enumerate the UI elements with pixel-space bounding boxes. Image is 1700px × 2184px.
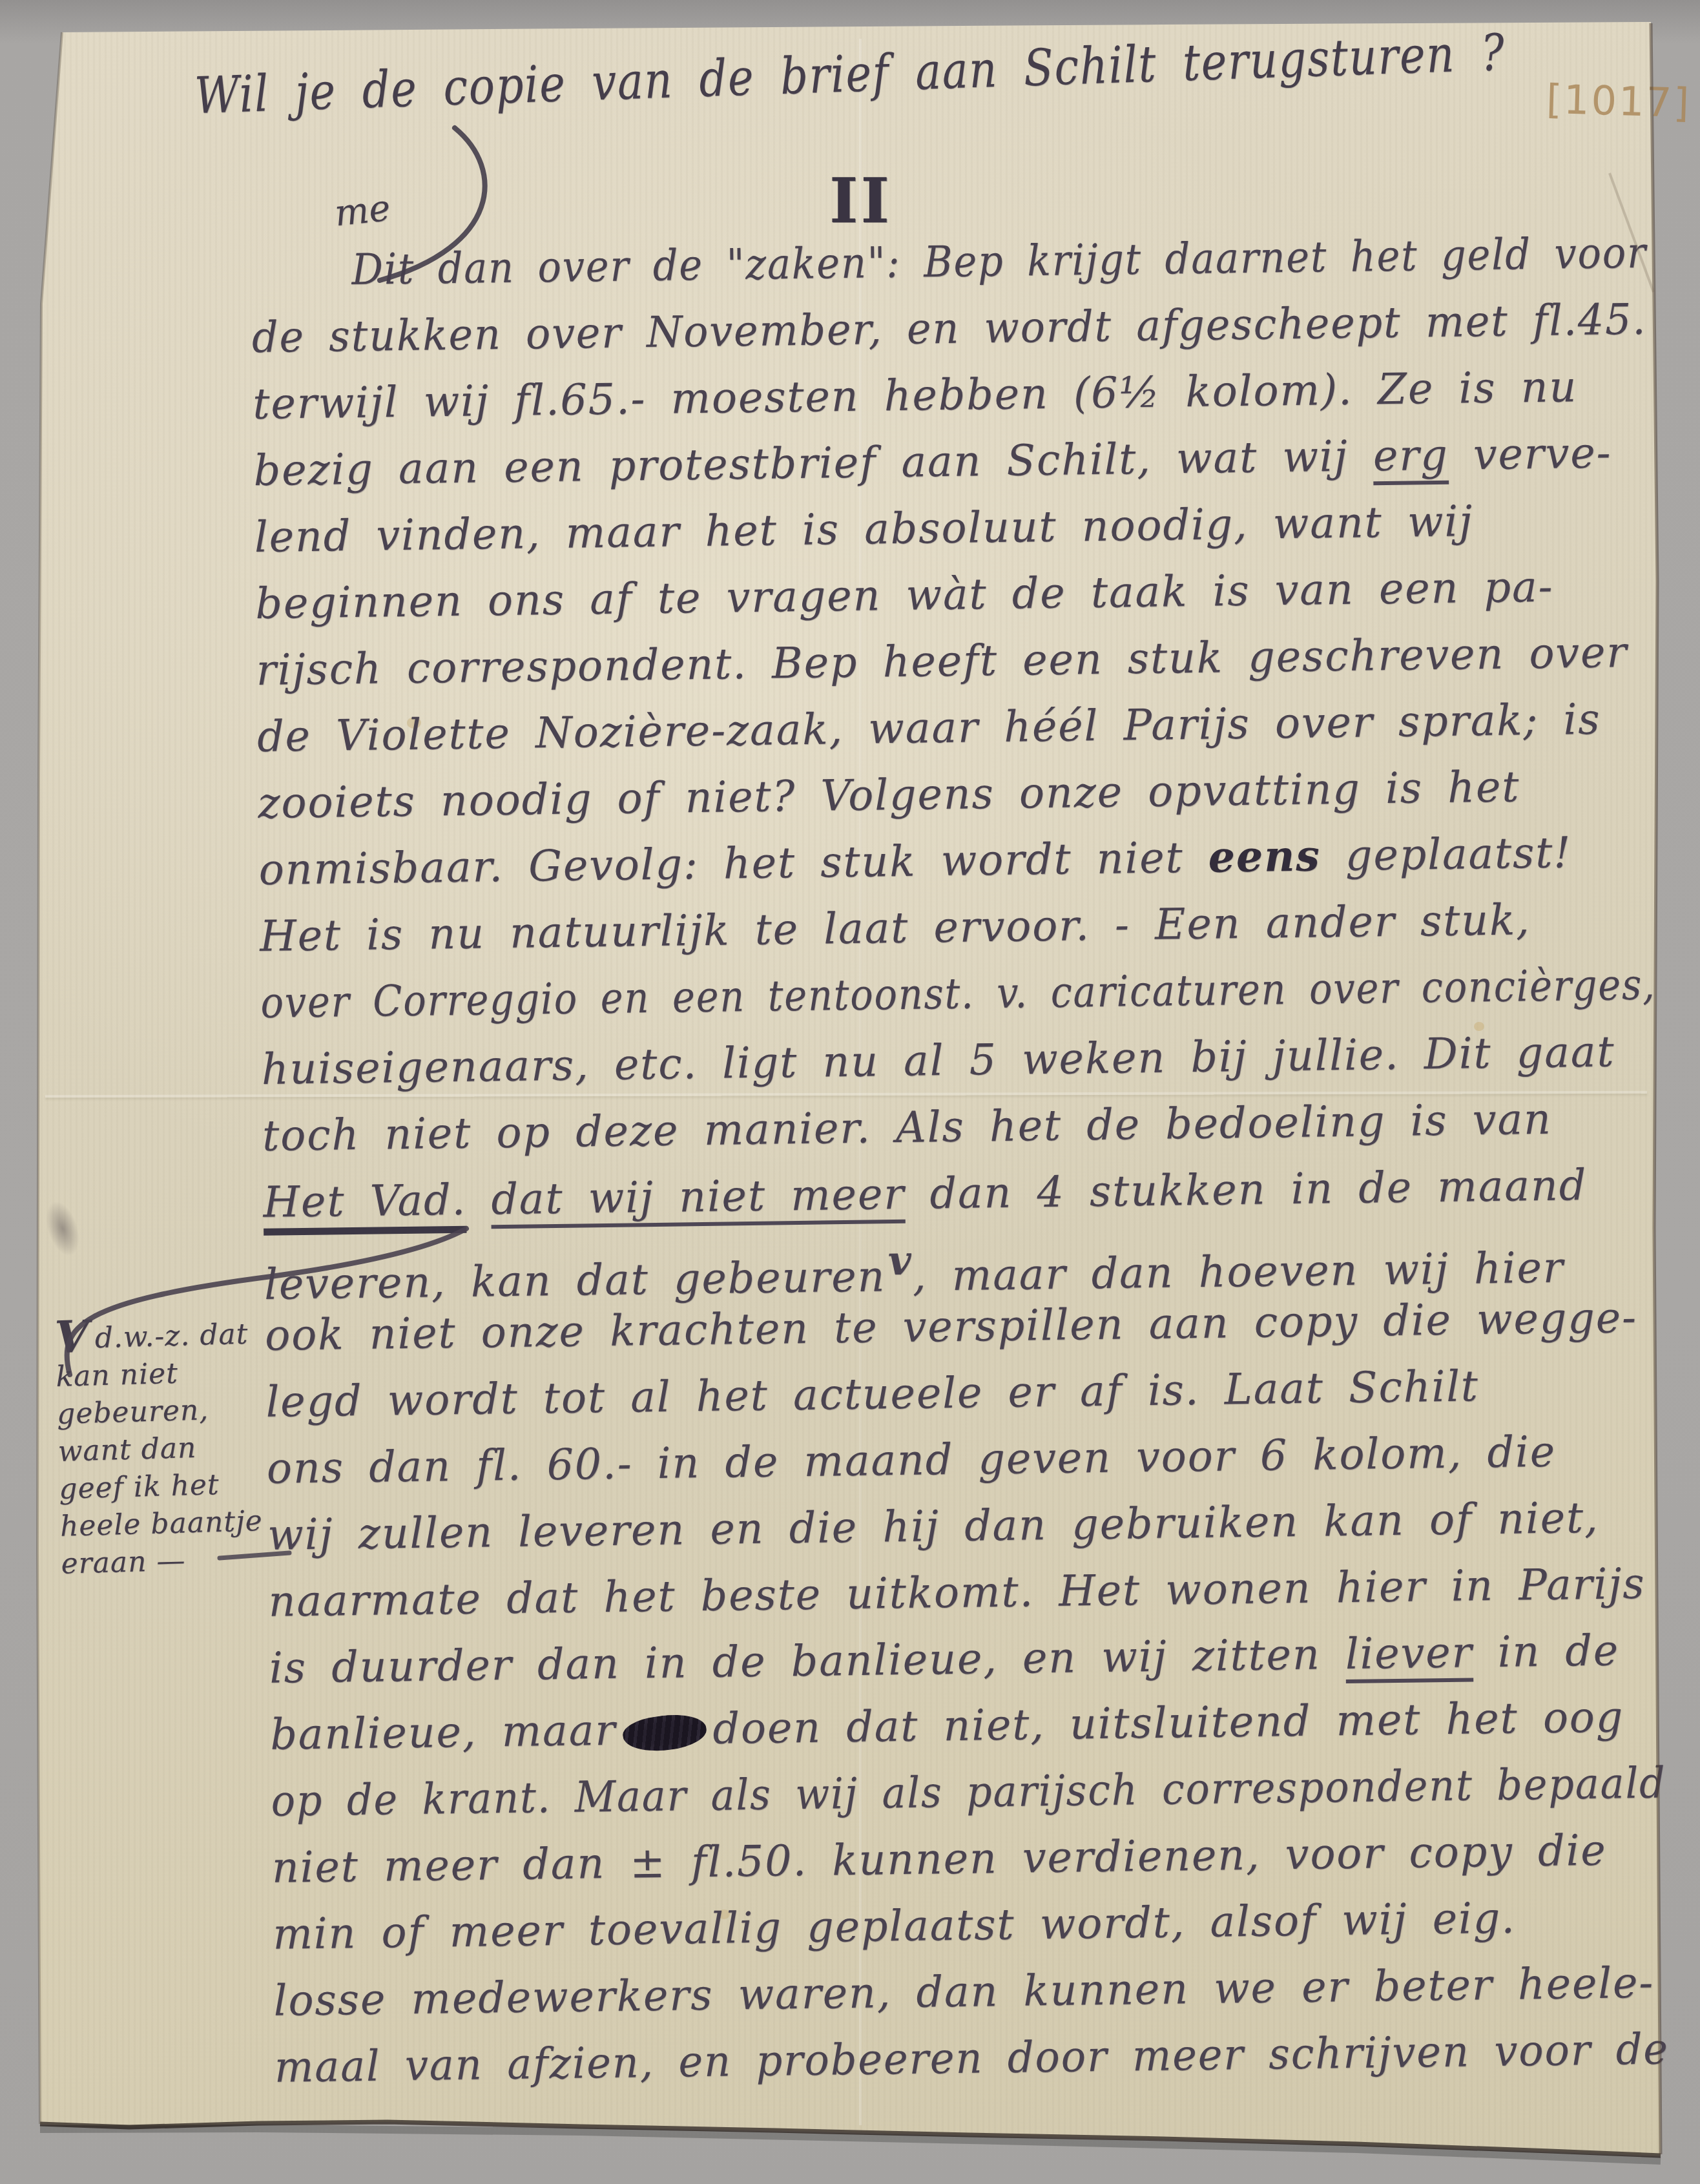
- underlined-word: liever: [1345, 1627, 1473, 1683]
- margin-note: Vd.w.-z. datkan nietgebeuren,want dangee…: [54, 1313, 275, 1583]
- emphasized-word: eens: [1208, 830, 1321, 882]
- text-segment: huiseigenaars, etc. ligt nu al 5 weken b…: [261, 1026, 1615, 1094]
- page-background: { "page": { "background_color": "#a9a7a5…: [0, 0, 1700, 2184]
- text-segment: toch niet op deze manier. Als het de bed…: [262, 1094, 1552, 1161]
- margin-insertion-mark: V: [54, 1311, 90, 1363]
- letter-body: Dit dan over de "zaken": Bep krijgt daar…: [251, 219, 1696, 2101]
- section-numeral: II: [829, 165, 892, 237]
- text-segment: banlieue, maar: [270, 1705, 617, 1760]
- text-segment: geplaatst!: [1320, 827, 1572, 880]
- text-segment: ook niet onze krachten te verspillen aan…: [265, 1293, 1638, 1360]
- text-segment: is duurder dan in de banlieue, en wij zi…: [269, 1629, 1345, 1693]
- archival-number-stamp: [1017]: [1546, 76, 1692, 127]
- text-segment: de Violette Nozière-zaak, waar héél Pari…: [257, 694, 1601, 762]
- text-segment: verve-: [1448, 428, 1612, 479]
- text-segment: in de: [1473, 1625, 1620, 1677]
- text-segment: op de krant. Maar als wij als parijsch c…: [271, 1758, 1666, 1826]
- underlined-word: dat wij niet meer: [491, 1169, 906, 1229]
- text-segment: [466, 1174, 492, 1224]
- text-segment: niet meer dan ± fl.50. kunnen verdienen,…: [272, 1825, 1607, 1893]
- text-segment: rijsch correspondent. Bep heeft een stuk…: [256, 627, 1628, 695]
- text-segment: doen dat niet, uitsluitend met het oog: [712, 1692, 1624, 1753]
- underlined-title: Het Vad.: [263, 1175, 467, 1236]
- text-segment: zooiets noodig of niet? Volgens onze opv…: [258, 762, 1520, 828]
- text-segment: legd wordt tot al het actueele er af is.…: [265, 1361, 1479, 1427]
- margin-note-line: want dan: [57, 1428, 271, 1471]
- margin-note-line: Vd.w.-z. dat: [54, 1313, 269, 1358]
- scribble-strikethrough: [621, 1710, 709, 1756]
- insertion-word-me: me: [333, 187, 393, 235]
- margin-note-line: kan niet: [56, 1353, 269, 1396]
- margin-note-line: gebeuren,: [56, 1390, 270, 1433]
- text-segment: losse medewerkers waren, dan kunnen we e…: [273, 1958, 1654, 2026]
- text-segment: naarmate dat het beste uitkomt. Het wone…: [268, 1559, 1646, 1627]
- text-segment: Dit dan over de "zaken": Bep krijgt daar…: [351, 228, 1647, 295]
- text-segment: maal van afzien, en probeeren door meer …: [275, 2024, 1670, 2092]
- text-segment: dan 4 stukken in de maand: [905, 1160, 1588, 1219]
- text-segment: wij zullen leveren en die hij dan gebrui…: [267, 1493, 1599, 1560]
- insertion-caret: v: [887, 1236, 911, 1284]
- text-segment: bezig aan een protestbrief aan Schilt, w…: [253, 431, 1373, 495]
- text-segment: de stukken over November, en wordt afges…: [252, 295, 1647, 362]
- text-segment: min of meer toevallig geplaatst wordt, a…: [273, 1893, 1516, 1959]
- margin-note-line: eraan —: [61, 1540, 275, 1583]
- text-segment: beginnen ons af te vragen wàt de taak is…: [255, 562, 1554, 629]
- text-segment: terwijl wij fl.65.- moesten hebben (6½ k…: [253, 362, 1578, 429]
- text-segment: Het is nu natuurlijk te laat ervoor. - E…: [260, 895, 1531, 961]
- underlined-word: erg: [1373, 430, 1449, 486]
- margin-note-line: heele baantje: [59, 1503, 273, 1546]
- text-segment: lend vinden, maar het is absoluut noodig…: [254, 496, 1474, 562]
- margin-note-line: geef ik het: [59, 1465, 273, 1508]
- text-segment: onmisbaar. Gevolg: het stuk wordt niet: [258, 833, 1208, 895]
- text-segment: over Correggio en een tentoonst. v. cari…: [260, 960, 1656, 1028]
- text-segment: ons dan fl. 60.- in de maand geven voor …: [266, 1427, 1556, 1493]
